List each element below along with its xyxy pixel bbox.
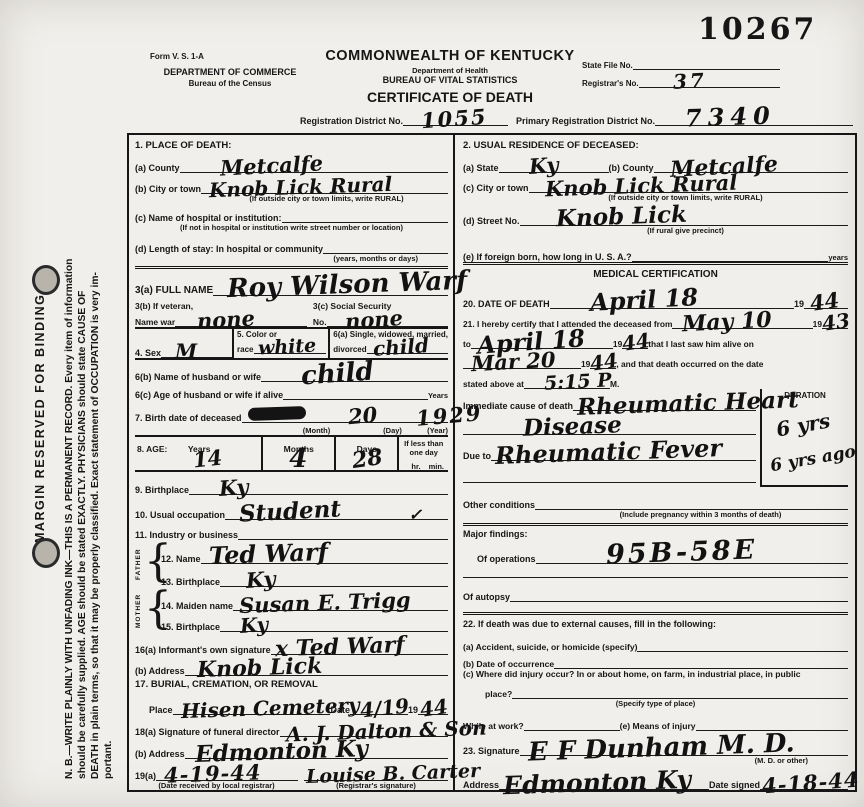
residence-street-row: (d) Street No. Knob Lick bbox=[463, 204, 848, 227]
operations-value: 95B-58E bbox=[605, 537, 757, 569]
immediate-cause-line-2: Disease bbox=[463, 434, 756, 435]
birthplace-row: 9. Birthplace Ky bbox=[135, 472, 448, 495]
duration-value-1: 6 yrs bbox=[775, 410, 832, 439]
residence-city-label: (c) City or town bbox=[463, 183, 529, 193]
marital-cell: 6(a) Single, widowed, married, divorced … bbox=[328, 329, 448, 358]
margin-note: N. B.—WRITE PLAINLY WITH UNFADING INK—TH… bbox=[63, 21, 115, 779]
color-label2: race bbox=[237, 345, 253, 354]
veteran-label: 3(b) If veteran, bbox=[135, 301, 307, 311]
age-min-label: min. bbox=[429, 462, 444, 471]
place-city-note: (If outside city or town limits, write R… bbox=[135, 194, 448, 205]
foreign-born-line bbox=[632, 261, 829, 262]
form-number: Form V. S. 1-A bbox=[150, 52, 310, 61]
foreign-born-row: (e) If foreign born, how long in U. S. A… bbox=[463, 238, 848, 262]
burial-year-prefix: 19 bbox=[408, 705, 418, 715]
color-cell: 5. Color or race white bbox=[232, 329, 328, 358]
certify-year2-prefix: 19 bbox=[613, 339, 622, 349]
color-value: white bbox=[257, 336, 316, 358]
funeral-address-label: (b) Address bbox=[135, 749, 185, 759]
reg-district-value: 1055 bbox=[420, 106, 488, 132]
residence-county-line: Metcalfe bbox=[654, 172, 848, 173]
place-city-row: (b) City or town Knob Lick Rural bbox=[135, 173, 448, 193]
external-c-line bbox=[512, 698, 848, 699]
informant-address-label: (b) Address bbox=[135, 666, 185, 676]
external-a-row: (a) Accident, suicide, or homicide (spec… bbox=[463, 635, 848, 652]
left-column: 1. PLACE OF DEATH: (a) County Metcalfe (… bbox=[129, 135, 455, 790]
marital-label1: 6(a) Single, widowed, married, bbox=[333, 330, 448, 339]
age-hr-label: hr. bbox=[411, 462, 420, 471]
hospital-row: (c) Name of hospital or institution: bbox=[135, 204, 448, 222]
primary-district-line: 7340 bbox=[655, 125, 853, 126]
autopsy-row: Of autopsy bbox=[463, 578, 848, 602]
operations-label: Of operations bbox=[477, 554, 536, 564]
father-birthplace-row: 13. Birthplace Ky bbox=[161, 564, 448, 587]
date-of-death-label: 20. DATE OF DEATH bbox=[463, 299, 550, 309]
major-findings-label: Major findings: bbox=[463, 529, 848, 542]
registrar-date-note: (Date received by local registrar) bbox=[135, 781, 298, 790]
mother-brace: { bbox=[144, 583, 172, 634]
father-name-value: Ted Warf bbox=[208, 540, 328, 568]
burial-place-label: Place bbox=[149, 705, 173, 715]
certify-year1-prefix: 19 bbox=[813, 319, 822, 329]
certify-from-line: May 10 bbox=[672, 328, 812, 329]
state-file-label: State File No. bbox=[582, 61, 633, 70]
occupation-label: 10. Usual occupation bbox=[135, 510, 225, 520]
place-city-line: Knob Lick Rural bbox=[201, 193, 448, 194]
cause-of-death-block: DURATION 6 yrs 6 yrs ago Immediate cause… bbox=[463, 389, 848, 491]
date-of-death-year-line: 44 bbox=[804, 308, 848, 309]
age-years-cell: 8. AGE: Years 14 bbox=[135, 437, 261, 470]
binding-hole-bottom bbox=[32, 538, 60, 568]
registrar-row: 19(a) 4-19-44 (Date received by local re… bbox=[135, 759, 448, 790]
residence-city-line: Knob Lick Rural bbox=[529, 192, 849, 193]
due-to-line-2 bbox=[463, 482, 756, 483]
certify-year3-line: 44 bbox=[590, 368, 616, 369]
registrar-date-line: 4-19-44 bbox=[156, 780, 298, 781]
length-of-stay-note: (years, months or days) bbox=[135, 254, 448, 266]
place-county-row: (a) County Metcalfe bbox=[135, 151, 448, 173]
mother-name-row: 14. Maiden name Susan E. Trigg bbox=[161, 587, 448, 611]
certify-to-line: April 18 bbox=[471, 348, 613, 349]
father-name-line: Ted Warf bbox=[201, 563, 448, 564]
place-county-label: (a) County bbox=[135, 163, 180, 173]
autopsy-label: Of autopsy bbox=[463, 592, 510, 602]
informant-address-row: (b) Address Knob Lick bbox=[135, 655, 448, 676]
age-days-cell: Days 28 bbox=[334, 437, 397, 470]
burial-place-row: Place Hisen Cemetery Date 4/19 19 44 bbox=[135, 694, 448, 715]
sex-value: M bbox=[175, 341, 197, 361]
age-label: 8. AGE: bbox=[137, 444, 167, 454]
while-at-work-line bbox=[524, 730, 620, 731]
duration-value-2: 6 yrs ago bbox=[769, 444, 857, 476]
certify-year1-line: 43 bbox=[822, 328, 848, 329]
certify-m-label: M. bbox=[610, 379, 619, 389]
veteran-ssn-row: 3(b) If veteran, Name war none 3(c) Soci… bbox=[135, 296, 448, 327]
funeral-address-line: Edmonton Ky bbox=[185, 758, 448, 759]
certify-paragraph: 21. I hereby certify that I attended the… bbox=[463, 309, 848, 389]
department-of-commerce: DEPARTMENT OF COMMERCE bbox=[150, 67, 310, 77]
birth-date-label: 7. Birth date of deceased bbox=[135, 413, 242, 423]
margin-note-line1: N. B.—WRITE PLAINLY WITH UNFADING INK—TH… bbox=[63, 21, 76, 779]
means-of-injury-line bbox=[696, 730, 848, 731]
informant-address-value: Knob Lick bbox=[196, 655, 322, 681]
physician-signature-row: 23. Signature E F Dunham M. D. bbox=[463, 731, 848, 756]
margin-note-line4: portant. bbox=[102, 21, 115, 779]
spouse-name-line: child bbox=[261, 381, 448, 382]
father-block: FATHER { 12. Name Ted Warf 13. Birthplac… bbox=[135, 540, 448, 587]
margin-note-line3: DEATH in plain terms, so that it may be … bbox=[89, 21, 102, 779]
due-to-label: Due to bbox=[463, 451, 491, 461]
birthplace-line: Ky bbox=[189, 494, 448, 495]
informant-signature-line: x Ted Warf bbox=[271, 654, 448, 655]
form-body: 1. PLACE OF DEATH: (a) County Metcalfe (… bbox=[127, 133, 857, 792]
informant-address-line: Knob Lick bbox=[185, 675, 448, 676]
color-label1: 5. Color or bbox=[237, 330, 326, 339]
certify-to-label: to bbox=[463, 339, 471, 349]
external-c-note: (Specify type of place) bbox=[463, 699, 848, 711]
informant-signature-label: 16(a) Informant's own signature bbox=[135, 645, 271, 655]
funeral-address-row: (b) Address Edmonton Ky bbox=[135, 737, 448, 759]
external-a-line bbox=[637, 651, 848, 652]
hospital-label: (c) Name of hospital or institution: bbox=[135, 213, 282, 223]
registrar-signature-note: (Registrar's signature) bbox=[304, 781, 448, 790]
foreign-born-label: (e) If foreign born, how long in U. S. A… bbox=[463, 252, 632, 262]
immediate-cause-row-2: Disease bbox=[463, 411, 756, 435]
physician-address-value: Edmonton Ky bbox=[503, 767, 692, 799]
department-of-health: Department of Health bbox=[305, 66, 595, 75]
informant-signature-row: 16(a) Informant's own signature x Ted Wa… bbox=[135, 632, 448, 655]
mother-block: MOTHER { 14. Maiden name Susan E. Trigg … bbox=[135, 587, 448, 632]
external-c-row: place? bbox=[463, 684, 848, 699]
registrar-signature-block: Louise B. Carter (Registrar's signature) bbox=[298, 761, 448, 790]
birth-year-sublabel: (Year) bbox=[427, 426, 448, 435]
mother-name-line: Susan E. Trigg bbox=[233, 610, 448, 611]
external-c-label-1: (c) Where did injury occur? In or about … bbox=[463, 669, 848, 684]
registrar-no-line: 37 bbox=[639, 87, 780, 88]
external-b-line bbox=[554, 668, 848, 669]
immediate-cause-row: Immediate cause of death Rheumatic Heart bbox=[463, 389, 756, 411]
sex-label: 4. Sex bbox=[135, 348, 161, 358]
place-city-label: (b) City or town bbox=[135, 184, 201, 194]
other-conditions-label: Other conditions bbox=[463, 500, 535, 510]
residence-state-line: Ky bbox=[499, 172, 609, 173]
age-less-cell: If less than one day hr. min. bbox=[397, 437, 448, 470]
father-brace: { bbox=[144, 536, 172, 587]
veteran-line: none bbox=[175, 326, 307, 327]
place-of-death-title: 1. PLACE OF DEATH: bbox=[135, 140, 448, 151]
certify-year3-prefix: 19 bbox=[581, 359, 590, 369]
certify-text-1: 21. I hereby certify that I attended the… bbox=[463, 319, 672, 329]
place-county-line: Metcalfe bbox=[180, 172, 449, 173]
father-name-row: 12. Name Ted Warf bbox=[161, 540, 448, 564]
reg-district-label: Registration District No. bbox=[300, 116, 403, 126]
death-certificate-scan: MARGIN RESERVED FOR BINDING N. B.—WRITE … bbox=[0, 0, 864, 807]
primary-district-value: 7340 bbox=[685, 103, 777, 130]
age-less-label: If less than one day bbox=[403, 439, 444, 457]
sex-color-marital-row: 4. Sex M 5. Color or race white 6( bbox=[135, 327, 448, 360]
residence-city-row: (c) City or town Knob Lick Rural bbox=[463, 173, 848, 194]
registrar-date-label: 19(a) bbox=[135, 771, 156, 781]
age-min-line bbox=[421, 470, 429, 471]
length-of-stay-row: (d) Length of stay: In hospital or commu… bbox=[135, 235, 448, 254]
ssn-line: none bbox=[327, 326, 448, 327]
residence-state-row: (a) State Ky (b) County Metcalfe bbox=[463, 151, 848, 173]
birth-year-line: 1929 bbox=[396, 422, 448, 423]
header-left: Form V. S. 1-A DEPARTMENT OF COMMERCE Bu… bbox=[150, 52, 310, 88]
immediate-cause-line: Rheumatic Heart bbox=[573, 410, 756, 411]
residence-state-label: (a) State bbox=[463, 163, 499, 173]
medical-certification-title: MEDICAL CERTIFICATION bbox=[463, 262, 848, 286]
date-of-death-year-prefix: 19 bbox=[794, 299, 804, 309]
burial-date-label: Date bbox=[330, 705, 350, 715]
date-of-death-row: 20. DATE OF DEATH April 18 19 44 bbox=[463, 285, 848, 309]
residence-street-line: Knob Lick bbox=[520, 225, 848, 226]
certify-year2-line: 44 bbox=[622, 348, 648, 349]
birth-day-sublabel: (Day) bbox=[358, 426, 427, 435]
external-causes-block: 22. If death was due to external causes,… bbox=[463, 612, 848, 731]
registration-district-row: Registration District No. 1055 Primary R… bbox=[300, 104, 853, 126]
residence-city-note: (If outside city or town limits, write R… bbox=[463, 193, 848, 204]
marital-label2: divorced bbox=[333, 345, 366, 354]
occupation-line: Student ✓ bbox=[225, 519, 448, 520]
findings-spare-line bbox=[463, 577, 848, 578]
full-name-line: Roy Wilson Warf bbox=[213, 295, 448, 296]
date-signed-label: Date signed bbox=[709, 780, 760, 790]
full-name-label: 3(a) FULL NAME bbox=[135, 285, 213, 296]
residence-street-label: (d) Street No. bbox=[463, 216, 520, 226]
age-days-label: Days bbox=[357, 444, 377, 454]
mother-birthplace-row: 15. Birthplace Ky bbox=[161, 611, 448, 632]
registrar-no-label: Registrar's No. bbox=[582, 79, 639, 88]
external-b-label: (b) Date of occurrence bbox=[463, 659, 554, 669]
primary-district-label: Primary Registration District No. bbox=[516, 116, 655, 126]
spouse-name-row: 6(b) Name of husband or wife child bbox=[135, 360, 448, 382]
veteran-namewar-label: Name war bbox=[135, 317, 175, 327]
operations-line: 95B-58E bbox=[536, 563, 848, 564]
reg-district-line: 1055 bbox=[403, 125, 508, 126]
residence-street-note: (If rural give precinct) bbox=[463, 226, 848, 238]
father-side-label: FATHER bbox=[135, 542, 142, 587]
funeral-director-label: 18(a) Signature of funeral director bbox=[135, 727, 280, 737]
margin-note-line2: should be carefully supplied. AGE should… bbox=[76, 21, 89, 779]
color-line: white bbox=[254, 353, 327, 354]
funeral-director-line: A. J. Dalton & Son bbox=[280, 736, 448, 737]
registrar-signature-line: Louise B. Carter bbox=[304, 780, 448, 781]
sex-line: M bbox=[161, 357, 232, 358]
full-name-row: 3(a) FULL NAME Roy Wilson Warf bbox=[135, 266, 448, 296]
file-number-stamp: 10267 bbox=[698, 12, 817, 47]
immediate-cause-label: Immediate cause of death bbox=[463, 401, 573, 411]
commonwealth-title: COMMONWEALTH OF KENTUCKY bbox=[305, 48, 595, 64]
birthplace-label: 9. Birthplace bbox=[135, 485, 189, 495]
marital-line: child bbox=[367, 353, 448, 354]
birth-date-row: 7. Birth date of deceased 20 1929 bbox=[135, 400, 448, 423]
certificate-title: CERTIFICATE OF DEATH bbox=[305, 89, 595, 105]
foreign-born-suffix: years bbox=[828, 253, 848, 262]
header-right: State File No. Registrar's No. 37 bbox=[582, 52, 780, 88]
occupation-row: 10. Usual occupation Student ✓ bbox=[135, 495, 448, 520]
while-at-work-label: While at work? bbox=[463, 721, 524, 731]
length-of-stay-line bbox=[323, 253, 448, 254]
external-a-label: (a) Accident, suicide, or homicide (spec… bbox=[463, 642, 637, 652]
spouse-age-line bbox=[283, 399, 428, 400]
length-of-stay-label: (d) Length of stay: In hospital or commu… bbox=[135, 244, 323, 254]
physician-address-label: Address bbox=[463, 780, 499, 790]
due-to-line: Rheumatic Fever bbox=[491, 460, 756, 461]
header-center: COMMONWEALTH OF KENTUCKY Department of H… bbox=[305, 48, 595, 105]
physician-signature-line: E F Dunham M. D. bbox=[520, 755, 848, 756]
state-file-line bbox=[633, 69, 780, 70]
certify-text-4: stated above at bbox=[463, 379, 524, 389]
binding-hole-top bbox=[32, 265, 60, 295]
bureau-of-census: Bureau of the Census bbox=[150, 79, 310, 88]
age-row: 8. AGE: Years 14 Months 4 Days 28 If les… bbox=[135, 435, 448, 472]
external-c-label-2: place? bbox=[485, 689, 512, 699]
spouse-age-label: 6(c) Age of husband or wife if alive bbox=[135, 390, 283, 400]
burial-year-line: 44 bbox=[418, 714, 448, 715]
spouse-name-label: 6(b) Name of husband or wife bbox=[135, 372, 261, 382]
ssn-no-label: No. bbox=[313, 317, 327, 327]
right-column: 2. USUAL RESIDENCE OF DECEASED: (a) Stat… bbox=[455, 135, 855, 790]
physician-address-row: Address Edmonton Ky Date signed 4-18-44 bbox=[463, 766, 848, 790]
age-hr-line bbox=[403, 470, 411, 471]
other-conditions-line bbox=[535, 509, 848, 510]
margin-binding-text: MARGIN RESERVED FOR BINDING bbox=[33, 153, 47, 543]
birth-month-line bbox=[242, 422, 326, 423]
ssn-label: 3(c) Social Security bbox=[313, 301, 448, 311]
age-years-label: Years bbox=[188, 444, 211, 454]
date-of-death-line: April 18 bbox=[550, 308, 794, 309]
burial-title: 17. BURIAL, CREMATION, OR REMOVAL bbox=[135, 679, 448, 694]
birth-day-line: 20 bbox=[326, 422, 396, 423]
operations-row: Of operations 95B-58E bbox=[463, 542, 848, 564]
age-months-cell: Months 4 bbox=[261, 437, 334, 470]
spouse-age-row: 6(c) Age of husband or wife if alive Yea… bbox=[135, 382, 448, 399]
physician-signature-label: 23. Signature bbox=[463, 746, 520, 756]
birth-date-sublabels: (Month) (Day) (Year) bbox=[135, 423, 448, 435]
birth-month-ink-blot bbox=[247, 406, 305, 421]
duration-box: DURATION 6 yrs 6 yrs ago bbox=[760, 389, 848, 487]
funeral-director-row: 18(a) Signature of funeral director A. J… bbox=[135, 715, 448, 736]
hospital-note: (If not in hospital or institution write… bbox=[135, 223, 448, 235]
certify-alive-line: Mar 20 bbox=[463, 368, 581, 369]
means-of-injury-label: (e) Means of injury bbox=[620, 721, 696, 731]
ssn-block: 3(c) Social Security No. none bbox=[307, 301, 448, 327]
sex-cell: 4. Sex M bbox=[135, 329, 232, 358]
physician-signature-note: (M. D. or other) bbox=[463, 756, 848, 767]
physician-address-line: Edmonton Ky bbox=[499, 789, 709, 790]
age-months-label: Months bbox=[284, 444, 314, 454]
birth-month-sublabel: (Month) bbox=[275, 426, 358, 435]
burial-date-line: 4/19 bbox=[350, 714, 408, 715]
mother-birthplace-line: Ky bbox=[220, 631, 448, 632]
mother-side-label: MOTHER bbox=[135, 589, 142, 632]
hospital-line bbox=[282, 222, 449, 223]
registrar-no-value: 37 bbox=[672, 70, 707, 92]
residence-title: 2. USUAL RESIDENCE OF DECEASED: bbox=[463, 140, 848, 151]
residence-county-label: (b) County bbox=[609, 163, 654, 173]
registrar-date-block: 19(a) 4-19-44 (Date received by local re… bbox=[135, 761, 298, 790]
certify-text-2: that I last saw him alive on bbox=[648, 339, 754, 349]
bureau-of-vital-statistics: BUREAU OF VITAL STATISTICS bbox=[305, 75, 595, 85]
major-findings-block: Major findings: Of operations 95B-58E Of… bbox=[463, 523, 848, 602]
date-signed-line: 4-18-44 bbox=[760, 789, 848, 790]
burial-place-line: Hisen Cemetery bbox=[173, 714, 331, 715]
date-signed-value: 4-18-44 bbox=[761, 769, 860, 797]
due-to-row-2 bbox=[463, 461, 756, 483]
industry-row: 11. Industry or business bbox=[135, 520, 448, 539]
external-causes-title: 22. If death was due to external causes,… bbox=[463, 619, 848, 635]
other-conditions-row: Other conditions bbox=[463, 491, 848, 511]
veteran-block: 3(b) If veteran, Name war none bbox=[135, 301, 307, 327]
certify-text-3: , and that death occurred on the date bbox=[616, 359, 763, 369]
external-b-row: (b) Date of occurrence bbox=[463, 652, 848, 669]
duration-header: DURATION bbox=[762, 389, 848, 400]
spouse-age-suffix: Years bbox=[428, 391, 448, 400]
autopsy-line bbox=[510, 601, 848, 602]
while-at-work-row: While at work? (e) Means of injury bbox=[463, 711, 848, 731]
other-conditions-note: (Include pregnancy within 3 months of de… bbox=[463, 510, 848, 523]
due-to-row: Due to Rheumatic Fever bbox=[463, 435, 756, 461]
